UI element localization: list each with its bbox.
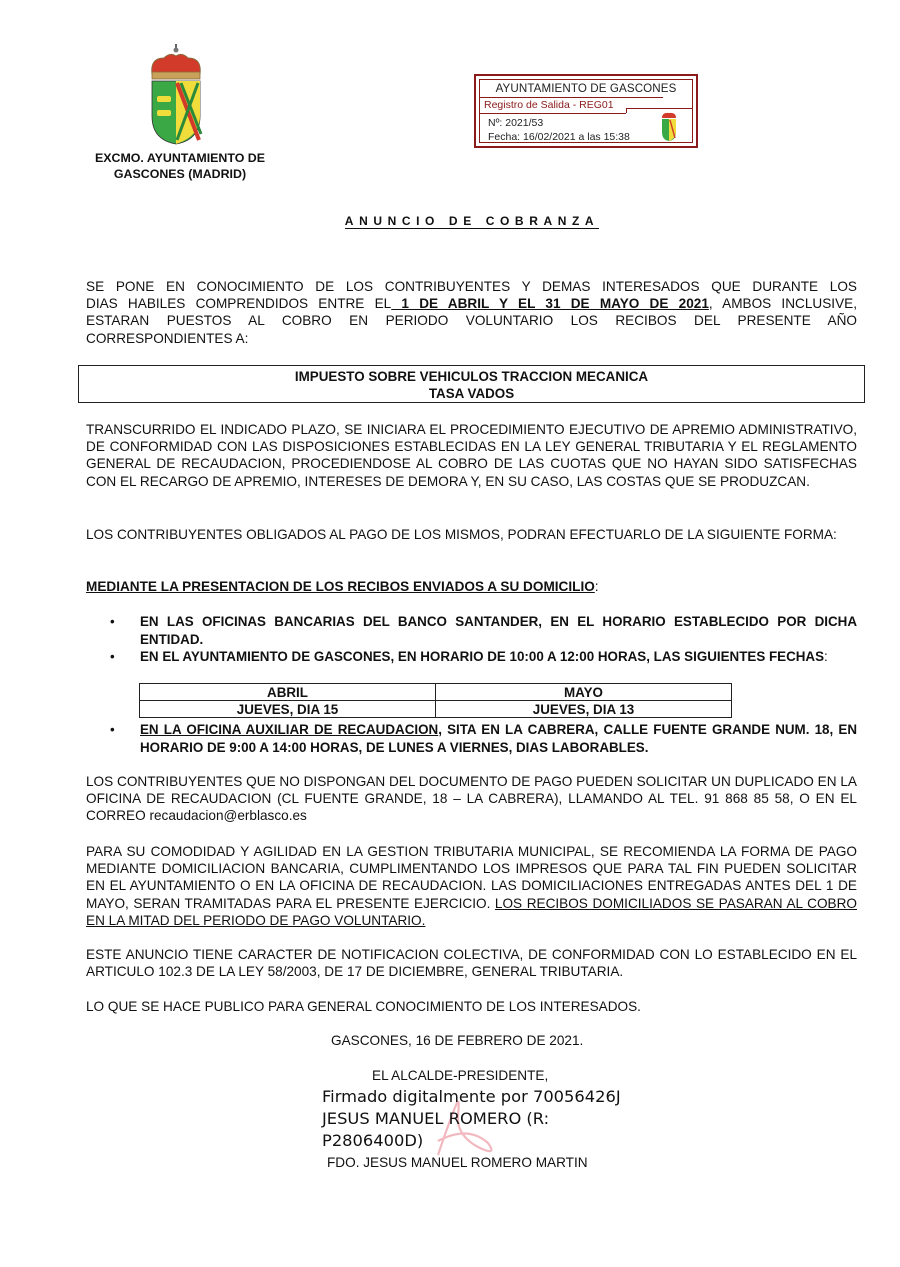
place-date: GASCONES, 16 DE FEBRERO DE 2021. [331, 1033, 583, 1048]
registry-stamp: AYUNTAMIENTO DE GASCONES Registro de Sal… [474, 74, 698, 148]
org-name-line1: EXCMO. AYUNTAMIENTO DE [70, 150, 290, 166]
tax-vados: TASA VADOS [79, 386, 864, 403]
intro-line1: SE PONE EN CONOCIMIENTO DE LOS CONTRIBUY… [86, 278, 857, 295]
organization-name: EXCMO. AYUNTAMIENTO DE GASCONES (MADRID) [70, 150, 290, 182]
table-header-row: ABRIL MAYO [140, 684, 732, 701]
intro-paragraph: SE PONE EN CONOCIMIENTO DE LOS CONTRIBUY… [86, 278, 857, 347]
intro-line3: ESTARAN PUESTOS AL COBRO EN PERIODO VOLU… [86, 312, 857, 329]
stamp-title: AYUNTAMIENTO DE GASCONES [480, 82, 692, 95]
signer-role: EL ALCALDE-PRESIDENTE, [372, 1068, 548, 1083]
list-item-office: •EN LA OFICINA AUXILIAR DE RECAUDACION, … [108, 721, 857, 756]
bank-option-text: EN LAS OFICINAS BANCARIAS DEL BANCO SANT… [140, 614, 857, 647]
coat-of-arms-icon [146, 44, 206, 148]
closing-paragraph: LO QUE SE HACE PUBLICO PARA GENERAL CONO… [86, 998, 857, 1015]
method-heading-suffix: : [595, 579, 599, 594]
intro-line2: DIAS HABILES COMPRENDIDOS ENTRE EL 1 DE … [86, 295, 857, 312]
document-title: ANUNCIO DE COBRANZA [0, 214, 900, 228]
bullet-icon: • [110, 648, 115, 666]
tax-vehicles: IMPUESTO SOBRE VEHICULOS TRACCION MECANI… [79, 369, 864, 386]
taxes-box: IMPUESTO SOBRE VEHICULOS TRACCION MECANI… [78, 365, 865, 403]
payment-method-heading: MEDIANTE LA PRESENTACION DE LOS RECIBOS … [86, 578, 857, 595]
digital-signature: Firmado digitalmente por 70056426J JESUS… [322, 1086, 621, 1152]
table-header-mayo: MAYO [436, 684, 732, 701]
payment-intro-paragraph: LOS CONTRIBUYENTES OBLIGADOS AL PAGO DE … [86, 526, 857, 543]
table-row: JUEVES, DIA 15 JUEVES, DIA 13 [140, 701, 732, 718]
method-heading-text: MEDIANTE LA PRESENTACION DE LOS RECIBOS … [86, 579, 595, 594]
after-deadline-paragraph: TRANSCURRIDO EL INDICADO PLAZO, SE INICI… [86, 421, 857, 490]
town-hall-suffix: : [824, 649, 828, 664]
town-hall-option-text: EN EL AYUNTAMIENTO DE GASCONES, EN HORAR… [140, 649, 824, 664]
direct-debit-paragraph: PARA SU COMODIDAD Y AGILIDAD EN LA GESTI… [86, 843, 857, 929]
list-item-bank: •EN LAS OFICINAS BANCARIAS DEL BANCO SAN… [108, 613, 857, 648]
stamp-number: Nº: 2021/53 [488, 117, 543, 129]
stamp-date: Fecha: 16/02/2021 a las 15:38 [488, 131, 630, 143]
bullet-icon: • [110, 613, 115, 631]
digital-signature-line1: Firmado digitalmente por 70056426J [322, 1086, 621, 1108]
notification-paragraph: ESTE ANUNCIO TIENE CARACTER DE NOTIFICAC… [86, 946, 857, 980]
list-item-town-hall: •EN EL AYUNTAMIENTO DE GASCONES, EN HORA… [108, 648, 857, 666]
signed-by: FDO. JESUS MANUEL ROMERO MARTIN [327, 1155, 588, 1170]
table-cell-abril-date: JUEVES, DIA 15 [140, 701, 436, 718]
org-name-line2: GASCONES (MADRID) [70, 166, 290, 182]
stamp-crest-icon [660, 108, 678, 142]
email-link[interactable]: recaudacion@erblasco.es [149, 808, 306, 823]
payment-options-list: •EN LAS OFICINAS BANCARIAS DEL BANCO SAN… [108, 613, 857, 666]
digital-signature-line2: JESUS MANUEL ROMERO (R: [322, 1108, 621, 1130]
collection-period: 1 DE ABRIL Y EL 31 DE MAYO DE 2021 [391, 296, 709, 311]
stamp-registry: Registro de Salida - REG01 [484, 99, 614, 111]
table-cell-mayo-date: JUEVES, DIA 13 [436, 701, 732, 718]
intro-line4: CORRESPONDIENTES A: [86, 331, 248, 346]
document-title-text: ANUNCIO DE COBRANZA [345, 214, 599, 229]
dates-table: ABRIL MAYO JUEVES, DIA 15 JUEVES, DIA 13 [139, 683, 732, 718]
duplicate-paragraph: LOS CONTRIBUYENTES QUE NO DISPONGAN DEL … [86, 773, 857, 825]
bullet-icon: • [110, 721, 115, 739]
office-name: EN LA OFICINA AUXILIAR DE RECAUDACION [140, 722, 438, 737]
intro-line2-text: DIAS HABILES COMPRENDIDOS ENTRE EL [86, 296, 391, 311]
payment-options-list-cont: •EN LA OFICINA AUXILIAR DE RECAUDACION, … [108, 721, 857, 756]
intro-line2-end: , AMBOS INCLUSIVE, [709, 296, 857, 311]
digital-signature-line3: P2806400D) [322, 1130, 621, 1152]
table-header-abril: ABRIL [140, 684, 436, 701]
